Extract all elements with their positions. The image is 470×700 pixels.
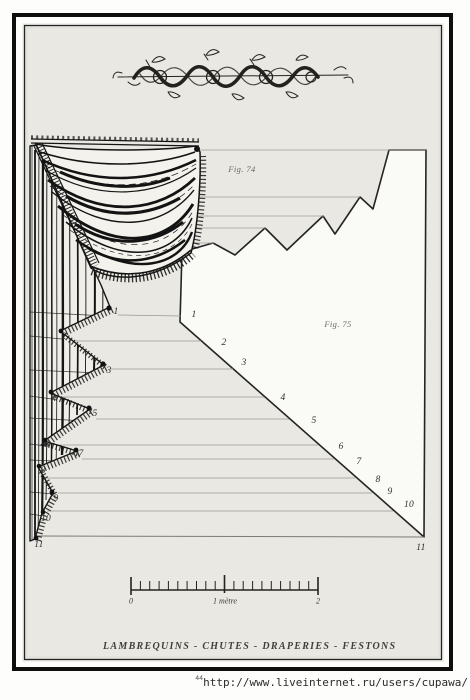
- pattern-point-2: 2: [221, 338, 226, 348]
- drawing-point-8: 8: [40, 466, 45, 476]
- scale-metre-label: 1 mètre: [213, 597, 237, 606]
- pattern-point-10: 10: [404, 500, 414, 510]
- drawing-point-5: 5: [92, 409, 97, 419]
- pattern-point-3: 3: [241, 358, 246, 368]
- drawing-point-4: 4: [51, 394, 56, 404]
- pattern-point-9: 9: [387, 487, 392, 497]
- pattern-point-8: 8: [375, 475, 380, 485]
- scanned-book-page: Fig. 74 Fig. 75 1 2 3 4 5 6 7 8 9 10 11 …: [0, 0, 470, 700]
- fig74-label: Fig. 74: [228, 164, 255, 174]
- drawing-point-1: 1: [113, 307, 118, 317]
- pattern-point-7: 7: [356, 457, 361, 467]
- watermark-link-text: http://www.liveinternet.ru/users/cupawa/: [203, 676, 468, 689]
- pattern-point-4: 4: [280, 393, 285, 403]
- drawing-point-6: 6: [44, 440, 49, 450]
- drawing-point-7: 7: [78, 449, 83, 459]
- plate-caption: LAMBREQUINS - CHUTES - DRAPERIES - FESTO…: [103, 641, 349, 653]
- watermark-url: 44http://www.liveinternet.ru/users/cupaw…: [195, 676, 468, 689]
- watermark-superscript: 44: [195, 674, 203, 682]
- pattern-point-6: 6: [338, 442, 343, 452]
- pattern-point-1: 1: [191, 310, 196, 320]
- drawing-point-3: 3: [106, 366, 111, 376]
- drawing-point-2: 2: [61, 332, 66, 342]
- fig75-label: Fig. 75: [324, 319, 351, 329]
- scale-zero-label: 0: [129, 597, 133, 606]
- drawing-point-10: 10: [41, 514, 51, 524]
- drawing-point-11: 11: [34, 540, 43, 550]
- engraving-plate-graphic: [0, 0, 470, 700]
- drawing-point-9: 9: [53, 494, 58, 504]
- scale-two-label: 2: [316, 597, 320, 606]
- pattern-point-11: 11: [416, 543, 425, 553]
- pattern-point-5: 5: [311, 416, 316, 426]
